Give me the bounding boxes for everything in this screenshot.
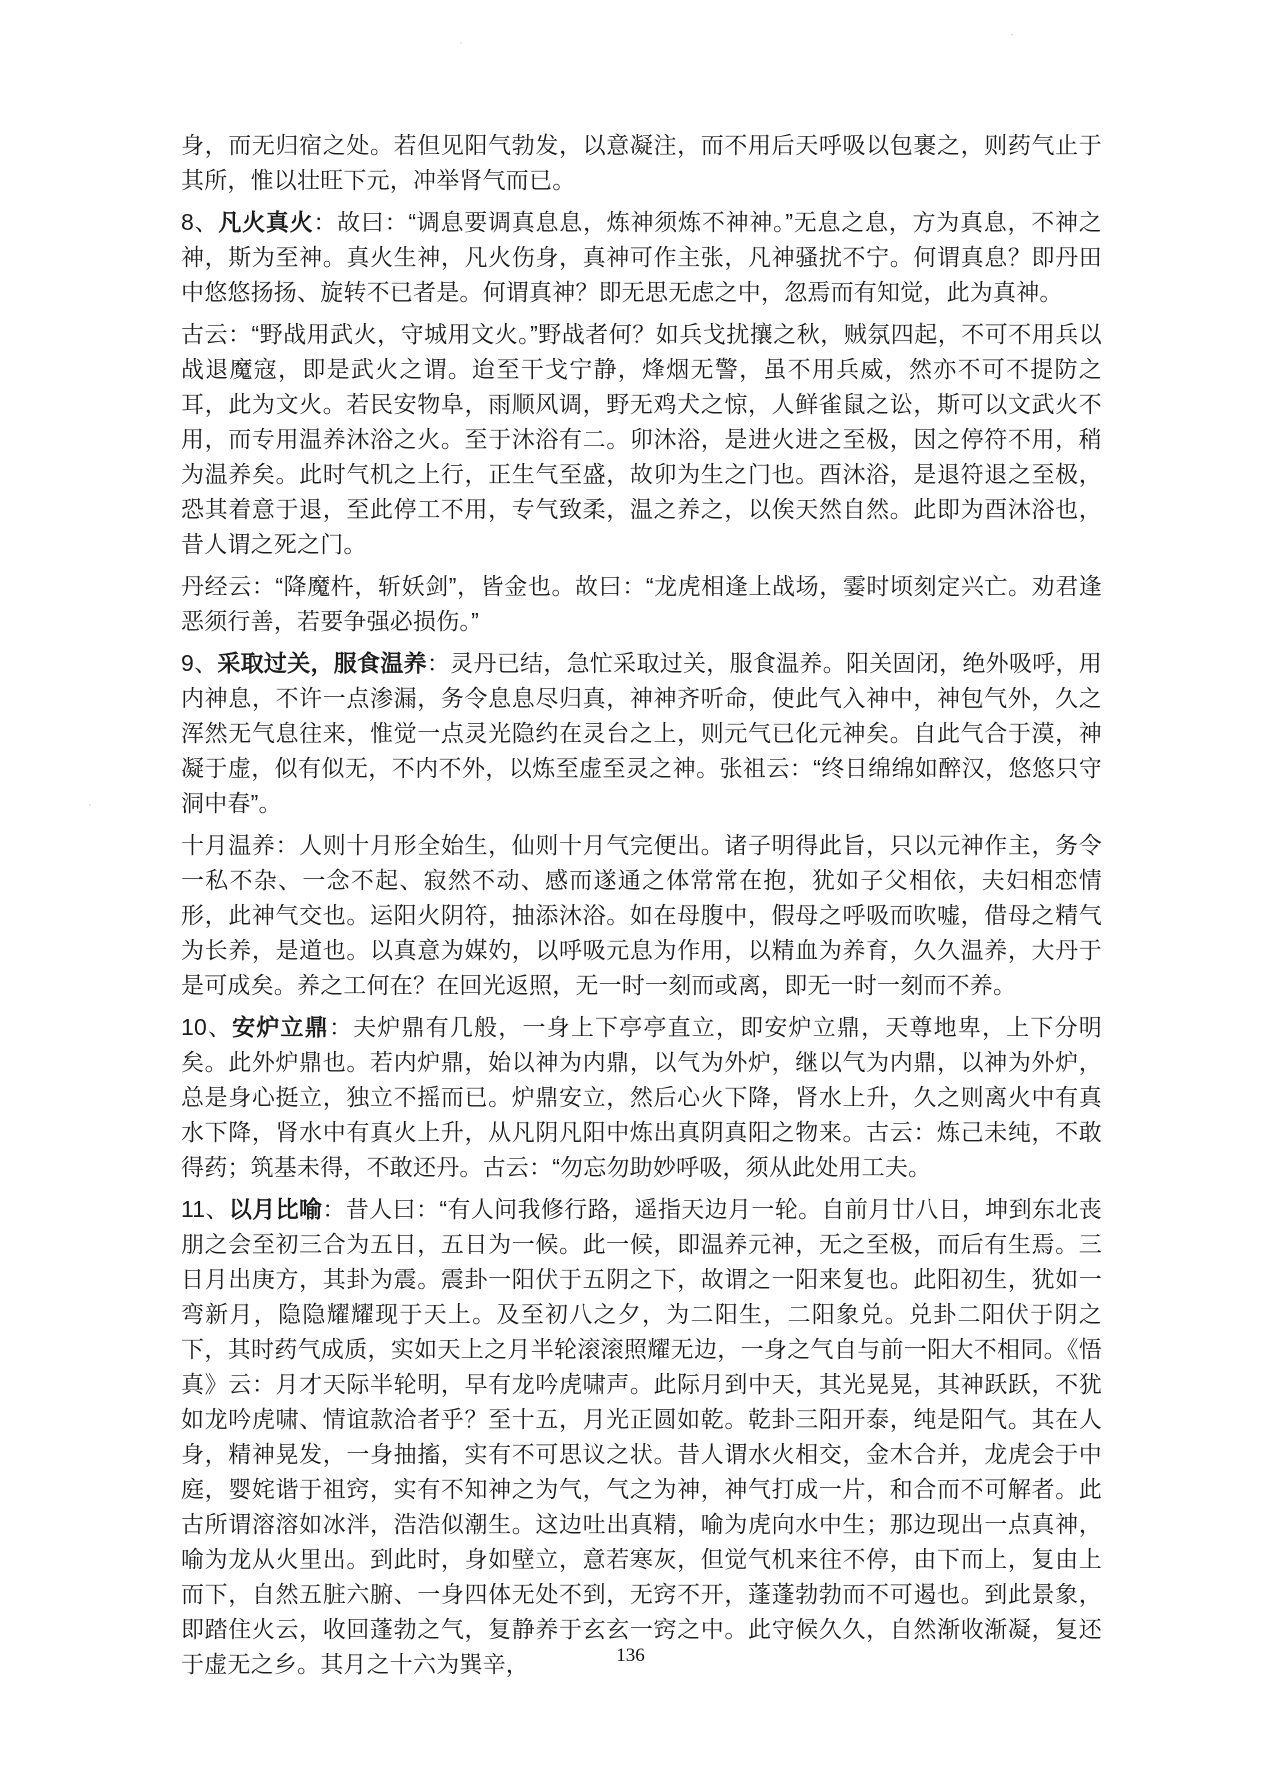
paragraph: 9、采取过关，服食温养：灵丹已结，急忙采取过关，服食温养。阳关固闭，绝外吸呼，用… — [181, 646, 1102, 821]
section-heading: 安炉立鼎 — [232, 1014, 329, 1040]
page-number: 136 — [0, 1645, 1261, 1667]
section-heading-separator: ： — [427, 650, 450, 676]
section-number: 8、 — [181, 209, 218, 235]
scan-speck: ˊ — [1010, 34, 1014, 45]
section-number: 9、 — [181, 650, 217, 676]
section-heading-separator: ： — [329, 1014, 353, 1040]
paragraph-text: 昔人曰：“有人问我修行路，遥指天边月一轮。自前月廿八日，坤到东北丧朋之会至初三合… — [181, 1196, 1102, 1677]
section-number: 11、 — [181, 1196, 229, 1222]
scan-speck: · — [88, 800, 92, 811]
section-heading: 凡火真火 — [218, 209, 313, 235]
paragraph: 古云：“野战用武火，守城用文火。”野战者何？如兵戈扰攘之秋，贼氛四起，不可不用兵… — [181, 317, 1102, 562]
section-heading-separator: ： — [313, 209, 337, 235]
paragraph-text: 丹经云：“降魔杵，斩妖剑”，皆金也。故曰：“龙虎相逢上战场，霎时顷刻定兴亡。劝君… — [181, 573, 1102, 634]
scan-speck: · — [459, 38, 463, 49]
paragraph: 身，而无归宿之处。若但见阳气勃发，以意凝注，而不用后天呼吸以包裹之，则药气止于其… — [181, 128, 1102, 198]
paragraph-text: 古云：“野战用武火，守城用文火。”野战者何？如兵戈扰攘之秋，贼氛四起，不可不用兵… — [181, 321, 1102, 557]
paragraph: 10、安炉立鼎：夫炉鼎有几般，一身上下亭亭直立，即安炉立鼎，天尊地卑，上下分明矣… — [181, 1010, 1102, 1185]
section-number: 10、 — [181, 1014, 232, 1040]
text-block: 身，而无归宿之处。若但见阳气勃发，以意凝注，而不用后天呼吸以包裹之，则药气止于其… — [181, 128, 1102, 1682]
section-heading-separator: ： — [322, 1196, 345, 1222]
paragraph: 丹经云：“降魔杵，斩妖剑”，皆金也。故曰：“龙虎相逢上战场，霎时顷刻定兴亡。劝君… — [181, 569, 1102, 639]
paragraph: 8、凡火真火：故曰：“调息要调真息息，炼神须炼不神神。”无息之息，方为真息，不神… — [181, 205, 1102, 310]
paragraph-text: 身，而无归宿之处。若但见阳气勃发，以意凝注，而不用后天呼吸以包裹之，则药气止于其… — [181, 132, 1102, 193]
section-heading: 以月比喻 — [229, 1196, 323, 1222]
section-heading: 采取过关，服食温养 — [217, 650, 427, 676]
paragraph: 11、以月比喻：昔人曰：“有人问我修行路，遥指天边月一轮。自前月廿八日，坤到东北… — [181, 1192, 1102, 1682]
paragraph: 十月温养：人则十月形全始生，仙则十月气完便出。诸子明得此旨，只以元神作主，务令一… — [181, 828, 1102, 1003]
document-page: 身，而无归宿之处。若但见阳气勃发，以意凝注，而不用后天呼吸以包裹之，则药气止于其… — [0, 0, 1261, 1790]
paragraph-text: 十月温养：人则十月形全始生，仙则十月气完便出。诸子明得此旨，只以元神作主，务令一… — [181, 832, 1102, 998]
